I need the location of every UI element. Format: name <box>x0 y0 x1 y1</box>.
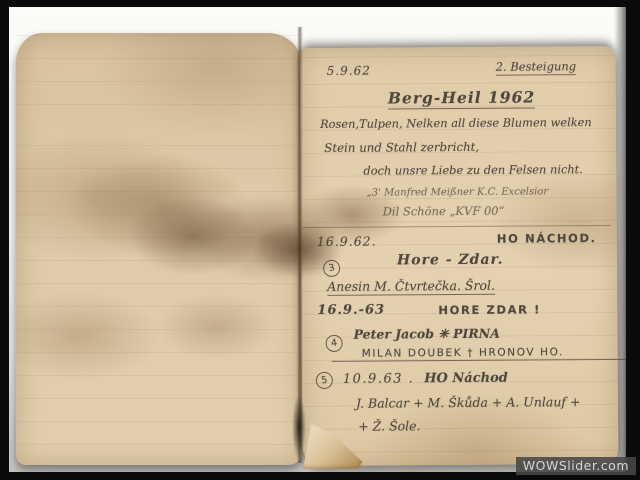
entry1-climbers: Anesin M. Čtvrtečka. Šrol. <box>327 278 495 294</box>
entry4-number: 5 <box>315 371 334 390</box>
entry4-line1: J. Balcar + M. Škůda + A. Unlauf + <box>356 394 581 411</box>
entry1-greeting: Hore - Zdar. <box>397 252 504 269</box>
scanner-background: 5.9.62 2. Besteigung Berg-Heil 1962 Rose… <box>9 7 626 472</box>
entry2-date: 16.9.-63 <box>317 303 385 318</box>
entry1-climbers-text: Anesin M. Čtvrtečka. Šrol. <box>327 278 495 296</box>
divider-line <box>303 225 611 228</box>
page-title: Berg-Heil 1962 <box>388 87 535 107</box>
page-date: 5.9.62 <box>327 64 371 78</box>
ascent-note-text: 2. Besteigung <box>496 59 577 76</box>
entry4-date: 10.9.63 . <box>343 371 414 386</box>
entry1-number-circle: 3 <box>323 256 340 277</box>
ruled-lines <box>16 33 302 465</box>
entry4-line2: + Ž. Šole. <box>358 418 420 433</box>
entry3-line2: MILAN DOUBEK † HRONOV HO. <box>332 346 626 362</box>
poem-line-1: Rosen,Tulpen, Nelken all diese Blumen we… <box>320 115 592 131</box>
poem-line-3: doch unsre Liebe zu den Felsen nicht. <box>363 162 583 178</box>
left-page <box>16 33 302 465</box>
right-page: 5.9.62 2. Besteigung Berg-Heil 1962 Rose… <box>300 46 619 466</box>
watermark-link[interactable]: WOWSlider.com <box>516 457 636 475</box>
ascent-note: 2. Besteigung <box>496 59 577 74</box>
entry1-date: 16.9.62. <box>317 234 377 249</box>
poem-line-2: Stein und Stahl zerbricht, <box>324 140 479 155</box>
entry3-line1: Peter Jacob ✳ PIRNA <box>353 326 499 342</box>
entry4-club: HO Náchod <box>424 371 508 387</box>
entry1-number: 3 <box>322 259 341 278</box>
torn-page-corner <box>300 421 362 469</box>
signature-1: „3' Manfred Meißner K.C. Excelsior <box>367 186 549 198</box>
entry1-club: HO NÁCHOD. <box>497 231 597 246</box>
entry4-header: 5 10.9.63 . HO Náchod <box>316 371 508 389</box>
entry2-greeting: HORE ZDAR ! <box>438 302 541 317</box>
signature-2: Dil Schöne „KVF 00“ <box>383 204 505 219</box>
page-title-text: Berg-Heil 1962 <box>388 87 535 109</box>
